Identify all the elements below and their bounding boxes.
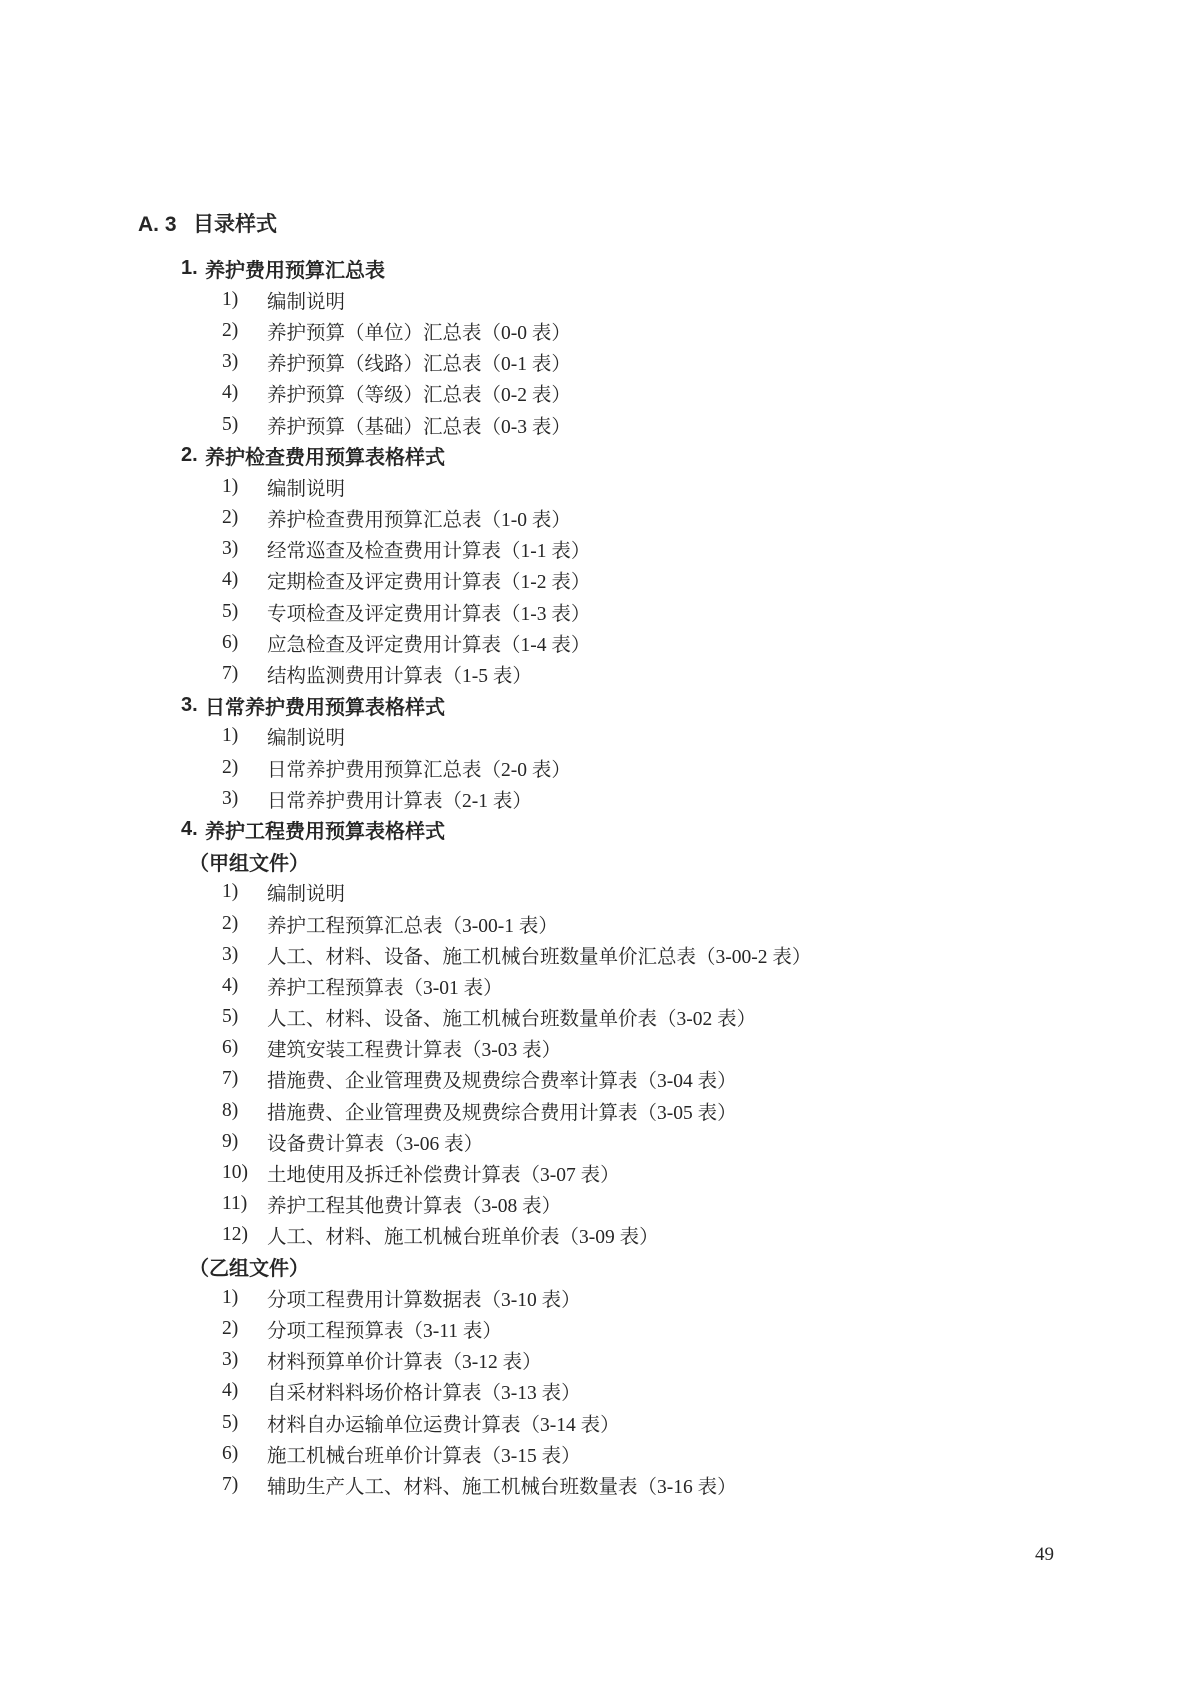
toc-section-row: 2.养护检查费用预算表格样式: [0, 440, 1190, 471]
toc-row-number: 1): [222, 881, 267, 903]
toc-row-number: 8): [222, 1100, 267, 1122]
toc-row-number: 4): [222, 382, 267, 404]
toc-row-number: 4): [222, 975, 267, 997]
toc-row-number: 7): [222, 1068, 267, 1090]
toc-item-row: 4)养护预算（等级）汇总表（0-2 表）: [0, 378, 1190, 409]
toc-row-text: 材料自办运输单位运费计算表（3-14 表）: [267, 1409, 620, 1437]
toc-row-text: （乙组文件）: [189, 1252, 309, 1281]
toc-item-row: 11)养护工程其他费计算表（3-08 表）: [0, 1189, 1190, 1220]
toc-item-row: 9)设备费计算表（3-06 表）: [0, 1126, 1190, 1157]
toc-item-row: 8)措施费、企业管理费及规费综合费用计算表（3-05 表）: [0, 1095, 1190, 1126]
toc-row-number: 2): [222, 913, 267, 935]
toc-row-text: 定期检查及评定费用计算表（1-2 表）: [267, 566, 590, 594]
toc-row-text: 养护预算（基础）汇总表（0-3 表）: [267, 411, 571, 439]
toc-item-row: 3)人工、材料、设备、施工机械台班数量单价汇总表（3-00-2 表）: [0, 939, 1190, 970]
toc-row-text: （甲组文件）: [189, 847, 309, 876]
page-number: 49: [1035, 1545, 1054, 1565]
toc-item-row: 1)编制说明: [0, 471, 1190, 502]
toc-row-text: 分项工程费用计算数据表（3-10 表）: [267, 1284, 581, 1312]
toc-row-text: 养护预算（等级）汇总表（0-2 表）: [267, 379, 571, 407]
toc-item-row: 7)措施费、企业管理费及规费综合费率计算表（3-04 表）: [0, 1064, 1190, 1095]
toc-row-number: 2.: [181, 444, 205, 467]
toc-item-row: 6)施工机械台班单价计算表（3-15 表）: [0, 1438, 1190, 1469]
toc-item-row: 4)养护工程预算表（3-01 表）: [0, 970, 1190, 1001]
toc-row-number: 2): [222, 757, 267, 779]
toc-row-text: 人工、材料、设备、施工机械台班数量单价表（3-02 表）: [267, 1003, 756, 1031]
toc-row-text: 土地使用及拆迁补偿费计算表（3-07 表）: [267, 1159, 620, 1187]
toc-row-text: 设备费计算表（3-06 表）: [267, 1128, 483, 1156]
toc-row-text: 应急检查及评定费用计算表（1-4 表）: [267, 629, 590, 657]
toc-item-row: 5)养护预算（基础）汇总表（0-3 表）: [0, 409, 1190, 440]
toc-row-text: 编制说明: [267, 722, 345, 750]
toc-item-row: 4)定期检查及评定费用计算表（1-2 表）: [0, 565, 1190, 596]
toc-row-number: 5): [222, 1412, 267, 1434]
toc-row-text: 人工、材料、施工机械台班单价表（3-09 表）: [267, 1221, 659, 1249]
toc-row-text: 编制说明: [267, 878, 345, 906]
toc-item-row: 1)编制说明: [0, 284, 1190, 315]
toc-row-text: 养护工程其他费计算表（3-08 表）: [267, 1190, 561, 1218]
toc-row-text: 施工机械台班单价计算表（3-15 表）: [267, 1440, 581, 1468]
toc-row-number: 1): [222, 725, 267, 747]
toc-item-row: 1)编制说明: [0, 877, 1190, 908]
toc-item-row: 5)材料自办运输单位运费计算表（3-14 表）: [0, 1407, 1190, 1438]
document-page: A. 3 目录样式 1.养护费用预算汇总表1)编制说明2)养护预算（单位）汇总表…: [0, 0, 1190, 1683]
toc-row-number: 3.: [181, 694, 205, 717]
toc-section-row: 1.养护费用预算汇总表: [0, 253, 1190, 284]
toc-row-text: 养护工程预算表（3-01 表）: [267, 972, 503, 1000]
toc-item-row: 2)分项工程预算表（3-11 表）: [0, 1313, 1190, 1344]
toc-row-number: 11): [222, 1193, 267, 1215]
toc-row-number: 3): [222, 351, 267, 373]
toc-row-text: 养护检查费用预算汇总表（1-0 表）: [267, 504, 571, 532]
toc-row-number: 3): [222, 788, 267, 810]
toc-row-number: 5): [222, 414, 267, 436]
toc-row-number: 7): [222, 663, 267, 685]
toc-row-text: 编制说明: [267, 473, 345, 501]
toc-item-row: 2)日常养护费用预算汇总表（2-0 表）: [0, 752, 1190, 783]
toc-item-row: 3)经常巡查及检查费用计算表（1-1 表）: [0, 534, 1190, 565]
toc-row-text: 养护预算（单位）汇总表（0-0 表）: [267, 317, 571, 345]
toc-group-row: （乙组文件）: [0, 1251, 1190, 1282]
toc-item-row: 3)养护预算（线路）汇总表（0-1 表）: [0, 347, 1190, 378]
toc-row-text: 人工、材料、设备、施工机械台班数量单价汇总表（3-00-2 表）: [267, 941, 811, 969]
toc-row-number: 2): [222, 320, 267, 342]
toc-row-number: 1.: [181, 257, 205, 280]
toc-item-row: 10)土地使用及拆迁补偿费计算表（3-07 表）: [0, 1157, 1190, 1188]
toc-row-number: 12): [222, 1224, 267, 1246]
toc-item-row: 7)辅助生产人工、材料、施工机械台班数量表（3-16 表）: [0, 1469, 1190, 1500]
toc-row-number: 4): [222, 569, 267, 591]
toc-item-row: 2)养护预算（单位）汇总表（0-0 表）: [0, 315, 1190, 346]
section-heading-title: 目录样式: [193, 213, 277, 237]
toc-row-number: 4.: [181, 818, 205, 841]
toc-item-row: 5)专项检查及评定费用计算表（1-3 表）: [0, 596, 1190, 627]
toc-row-number: 9): [222, 1131, 267, 1153]
toc-row-number: 1): [222, 289, 267, 311]
toc-row-number: 6): [222, 1443, 267, 1465]
toc-row-text: 建筑安装工程费计算表（3-03 表）: [267, 1034, 561, 1062]
toc-row-text: 日常养护费用计算表（2-1 表）: [267, 785, 532, 813]
toc-row-text: 措施费、企业管理费及规费综合费率计算表（3-04 表）: [267, 1065, 737, 1093]
toc-list: 1.养护费用预算汇总表1)编制说明2)养护预算（单位）汇总表（0-0 表）3)养…: [0, 253, 1190, 1501]
toc-item-row: 6)建筑安装工程费计算表（3-03 表）: [0, 1033, 1190, 1064]
toc-item-row: 2)养护工程预算汇总表（3-00-1 表）: [0, 908, 1190, 939]
toc-row-text: 养护预算（线路）汇总表（0-1 表）: [267, 348, 571, 376]
toc-row-number: 2): [222, 507, 267, 529]
toc-row-number: 4): [222, 1380, 267, 1402]
toc-row-number: 7): [222, 1474, 267, 1496]
section-heading-number: A. 3: [138, 213, 193, 237]
toc-row-text: 材料预算单价计算表（3-12 表）: [267, 1346, 542, 1374]
toc-item-row: 5)人工、材料、设备、施工机械台班数量单价表（3-02 表）: [0, 1002, 1190, 1033]
toc-item-row: 12)人工、材料、施工机械台班单价表（3-09 表）: [0, 1220, 1190, 1251]
toc-item-row: 3)日常养护费用计算表（2-1 表）: [0, 783, 1190, 814]
toc-section-row: 4.养护工程费用预算表格样式: [0, 814, 1190, 845]
toc-row-text: 养护检查费用预算表格样式: [205, 441, 445, 470]
toc-group-row: （甲组文件）: [0, 846, 1190, 877]
toc-row-text: 经常巡查及检查费用计算表（1-1 表）: [267, 535, 590, 563]
toc-row-text: 措施费、企业管理费及规费综合费用计算表（3-05 表）: [267, 1097, 737, 1125]
toc-item-row: 3)材料预算单价计算表（3-12 表）: [0, 1345, 1190, 1376]
toc-row-text: 分项工程预算表（3-11 表）: [267, 1315, 502, 1343]
toc-row-text: 结构监测费用计算表（1-5 表）: [267, 660, 532, 688]
toc-row-text: 辅助生产人工、材料、施工机械台班数量表（3-16 表）: [267, 1471, 737, 1499]
toc-row-number: 3): [222, 538, 267, 560]
toc-row-text: 养护工程费用预算表格样式: [205, 815, 445, 844]
toc-item-row: 1)编制说明: [0, 721, 1190, 752]
toc-row-number: 1): [222, 1287, 267, 1309]
section-heading: A. 3 目录样式: [138, 213, 277, 237]
toc-row-text: 自采材料料场价格计算表（3-13 表）: [267, 1377, 581, 1405]
toc-row-text: 日常养护费用预算表格样式: [205, 691, 445, 720]
toc-row-number: 2): [222, 1318, 267, 1340]
toc-item-row: 6)应急检查及评定费用计算表（1-4 表）: [0, 627, 1190, 658]
toc-row-number: 10): [222, 1162, 267, 1184]
toc-item-row: 1)分项工程费用计算数据表（3-10 表）: [0, 1282, 1190, 1313]
toc-row-number: 3): [222, 944, 267, 966]
toc-row-number: 5): [222, 601, 267, 623]
toc-row-text: 专项检查及评定费用计算表（1-3 表）: [267, 598, 590, 626]
toc-row-number: 3): [222, 1349, 267, 1371]
toc-item-row: 2)养护检查费用预算汇总表（1-0 表）: [0, 503, 1190, 534]
toc-row-text: 编制说明: [267, 286, 345, 314]
toc-item-row: 4)自采材料料场价格计算表（3-13 表）: [0, 1376, 1190, 1407]
toc-row-text: 养护费用预算汇总表: [205, 254, 385, 283]
toc-row-number: 6): [222, 632, 267, 654]
toc-row-number: 5): [222, 1006, 267, 1028]
toc-row-text: 日常养护费用预算汇总表（2-0 表）: [267, 754, 571, 782]
toc-item-row: 7)结构监测费用计算表（1-5 表）: [0, 658, 1190, 689]
toc-row-number: 1): [222, 476, 267, 498]
toc-row-number: 6): [222, 1037, 267, 1059]
toc-row-text: 养护工程预算汇总表（3-00-1 表）: [267, 910, 558, 938]
toc-section-row: 3.日常养护费用预算表格样式: [0, 690, 1190, 721]
